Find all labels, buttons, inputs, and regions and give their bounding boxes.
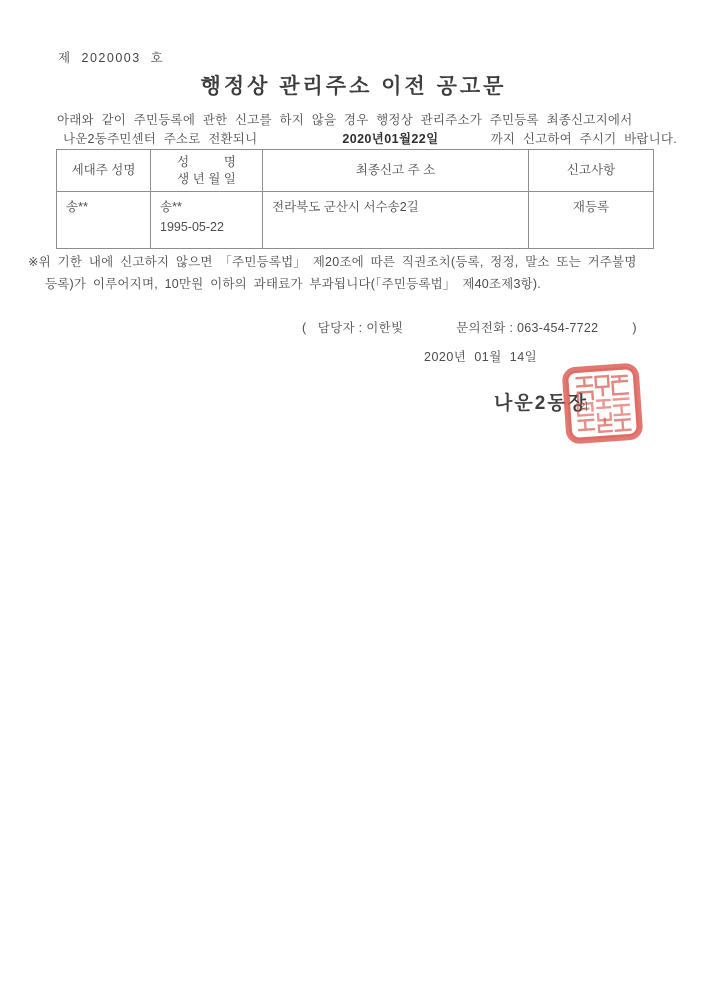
table-row: 송** 송** 1995-05-22 전라북도 군산시 서수송2길 재등록 xyxy=(57,192,654,249)
header-household-head: 세대주 성명 xyxy=(57,150,151,192)
intro-line2-suffix: 까지 신고하여 주시기 바랍니다. xyxy=(491,132,677,146)
table-header-row: 세대주 성명 성 명 생 년 월 일 최종신고 주 소 신고사항 xyxy=(57,150,654,192)
header-birth: 생 년 월 일 xyxy=(151,171,262,188)
cell-name: 송** xyxy=(160,197,253,217)
intro-text-line2: 나운2동주민센터 주소로 전환되니2020년01월22일까지 신고하여 주시기 … xyxy=(63,129,677,147)
intro-text-line1: 아래와 같이 주민등록에 관한 신고를 하지 않을 경우 행정상 관리주소가 주… xyxy=(57,110,632,128)
signer-particle: 의 xyxy=(579,399,588,413)
header-report-item: 신고사항 xyxy=(529,150,654,192)
legal-notice-line2: 등록)가 이루어지며, 10만원 이하의 과태료가 부과됩니다(「주민등록법」 … xyxy=(45,274,541,292)
cell-household-head: 송** xyxy=(57,192,151,249)
cell-name-birth: 송** 1995-05-22 xyxy=(151,192,263,249)
official-seal-stamp-icon xyxy=(560,361,644,445)
document-date: 2020년 01월 14일 xyxy=(424,347,537,365)
cell-birth-date: 1995-05-22 xyxy=(160,217,253,237)
contact-info: ( 담당자 : 이한빛 문의전화 : 063-454-7722 ) xyxy=(302,318,637,336)
header-last-address: 최종신고 주 소 xyxy=(263,150,529,192)
intro-line2-prefix: 나운2동주민센터 주소로 전환되니 xyxy=(63,132,257,146)
document-number: 제 2020003 호 xyxy=(58,48,164,66)
scanned-notice-page: 제 2020003 호 행정상 관리주소 이전 공고문 아래와 같이 주민등록에… xyxy=(0,0,707,1000)
header-name: 성 명 xyxy=(151,154,262,171)
header-name-birth: 성 명 생 년 월 일 xyxy=(151,150,263,192)
cell-last-address: 전라북도 군산시 서수송2길 xyxy=(263,192,529,249)
deadline-date: 2020년01월22일 xyxy=(342,132,438,146)
resident-notice-table: 세대주 성명 성 명 생 년 월 일 최종신고 주 소 신고사항 송** 송**… xyxy=(56,149,654,249)
cell-report-item: 재등록 xyxy=(529,192,654,249)
page-title: 행정상 관리주소 이전 공고문 xyxy=(0,70,707,100)
legal-notice-line1: ※위 기한 내에 신고하지 않으면 「주민등록법」 제20조에 따른 직권조치(… xyxy=(28,252,637,270)
